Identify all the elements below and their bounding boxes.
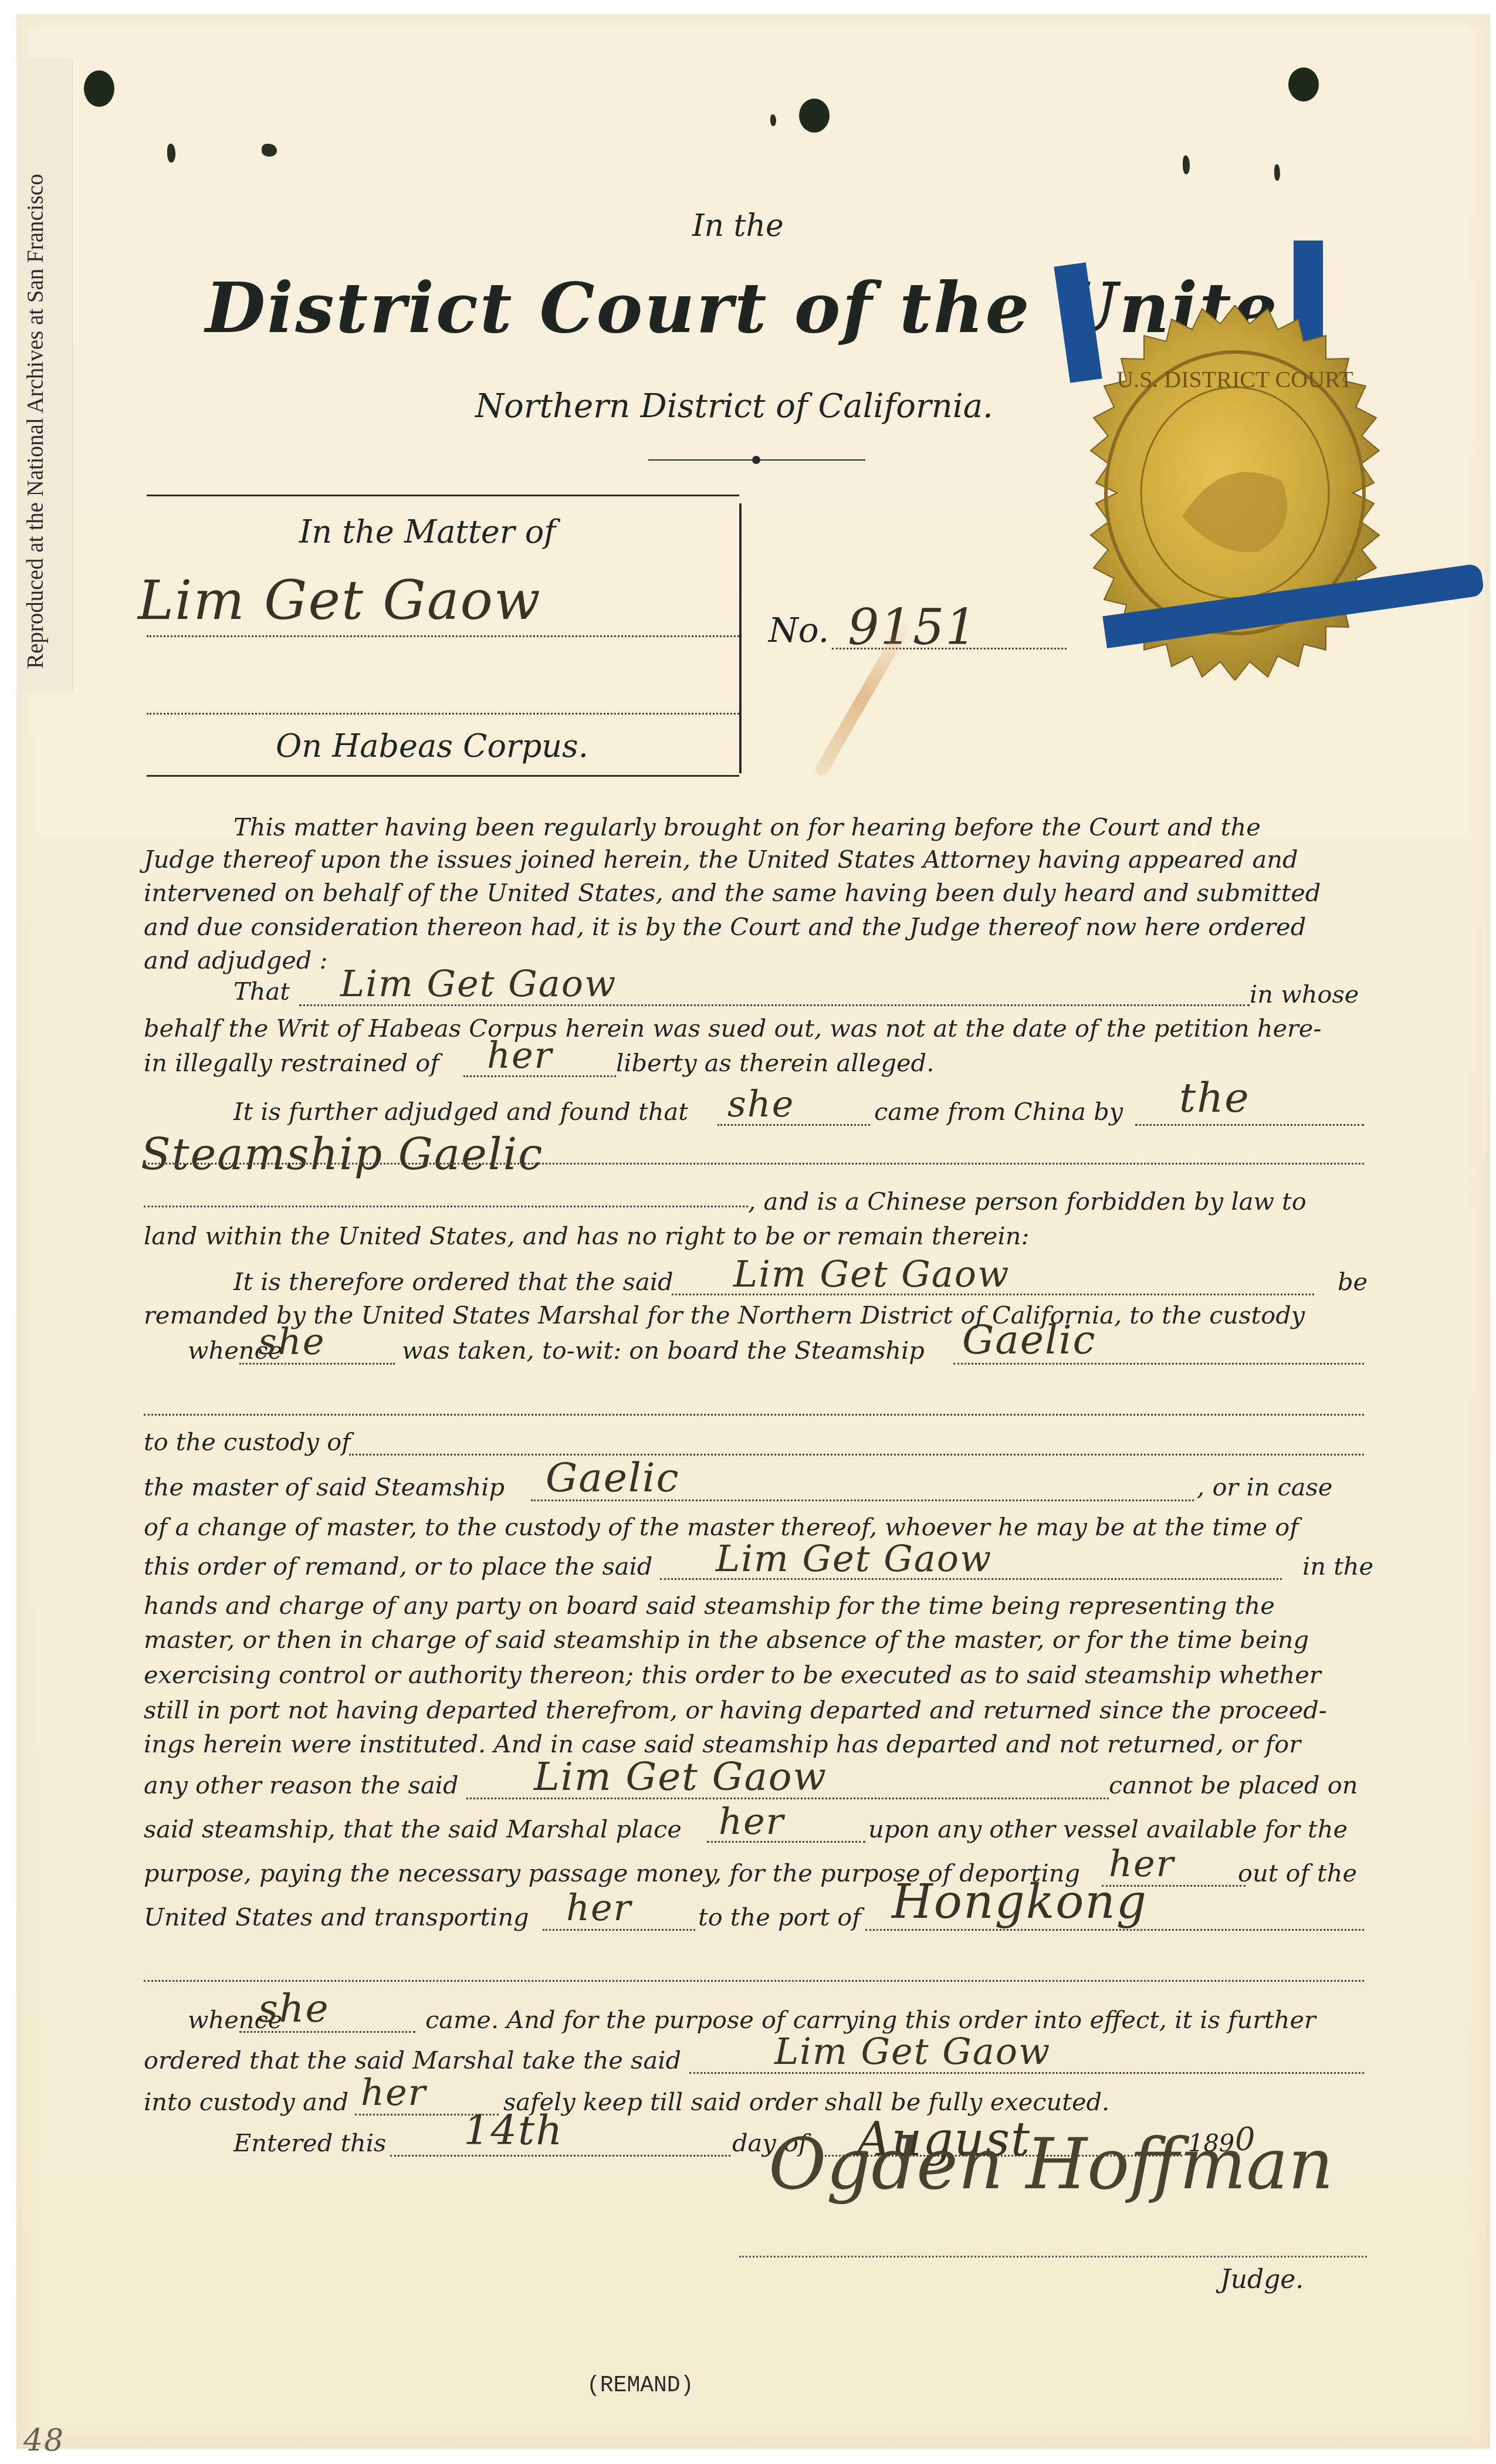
found-label: It is further adjudged and found that bbox=[233, 1097, 688, 1126]
punch-hole-center bbox=[799, 99, 830, 133]
entered-day-line bbox=[390, 2155, 730, 2157]
forbidden-label: , and is a Chinese person forbidden by l… bbox=[748, 1187, 1307, 1216]
steamship-line-2 bbox=[144, 1414, 1364, 1416]
that-label: That bbox=[233, 977, 290, 1006]
vessel-prefix-handwritten: the bbox=[1179, 1074, 1250, 1122]
archive-stamp-strip: Reproduced at the National Archives at S… bbox=[16, 59, 73, 692]
body-line-1: This matter having been regularly brough… bbox=[233, 813, 1261, 841]
vessel-handwritten: Steamship Gaelic bbox=[141, 1129, 544, 1180]
para-line-1: hands and charge of any party on board s… bbox=[144, 1591, 1275, 1620]
case-number-label: No. bbox=[769, 610, 829, 650]
tear-mark bbox=[770, 114, 776, 126]
district-subtitle: Northern District of California. bbox=[475, 387, 993, 425]
tear-mark bbox=[262, 144, 277, 157]
liberty-label: liberty as therein alleged. bbox=[616, 1048, 934, 1077]
body-line-4: and due consideration thereon had, it is… bbox=[144, 912, 1306, 941]
caption-blank-line bbox=[147, 713, 739, 715]
place-name-handwritten: Lim Get Gaow bbox=[716, 1537, 992, 1580]
land-line: land within the United States, and has n… bbox=[144, 1221, 1029, 1250]
body-line-3: intervened on behalf of the United State… bbox=[144, 878, 1321, 907]
habeas-corpus-label: On Habeas Corpus. bbox=[276, 727, 588, 764]
vessel-line-3 bbox=[144, 1206, 748, 1207]
para-line-3: exercising control or authority thereon;… bbox=[144, 1660, 1321, 1689]
caption-top-rule bbox=[147, 495, 739, 496]
marshal-place-label: said steamship, that the said Marshal pl… bbox=[144, 1815, 682, 1843]
in-case-label: , or in case bbox=[1197, 1473, 1332, 1501]
judge-signature: Ogden Hoffman bbox=[769, 2124, 1333, 2205]
other-vessel-label: upon any other vessel available for the bbox=[868, 1815, 1348, 1843]
ordered-name-handwritten: Lim Get Gaow bbox=[733, 1253, 1010, 1295]
whence-came-pronoun-handwritten: she bbox=[258, 1986, 329, 2031]
other-reason-label: any other reason the said bbox=[144, 1771, 458, 1799]
transport-pronoun-handwritten: her bbox=[566, 1886, 632, 1929]
restrained-pronoun-handwritten: her bbox=[487, 1034, 553, 1077]
restrained-label: in illegally restrained of bbox=[144, 1048, 439, 1077]
form-type-label: (REMAND) bbox=[587, 2373, 693, 2398]
place-label: this order of remand, or to place the sa… bbox=[144, 1552, 652, 1580]
title-ornament-dot bbox=[752, 456, 760, 464]
pre-title: In the bbox=[692, 208, 784, 243]
caption-brace bbox=[739, 503, 752, 773]
petitioner-name-handwritten: Lim Get Gaow bbox=[138, 569, 541, 632]
entered-label: Entered this bbox=[233, 2128, 386, 2157]
archive-stamp-text: Reproduced at the National Archives at S… bbox=[22, 82, 49, 669]
transport-pronoun-line bbox=[543, 1929, 695, 1931]
port-handwritten: Hongkong bbox=[892, 1874, 1148, 1929]
taken-label: was taken, to-wit: on board the Steamshi… bbox=[402, 1336, 925, 1365]
out-of-label: out of the bbox=[1238, 1859, 1357, 1887]
master-steamship-handwritten: Gaelic bbox=[546, 1455, 680, 1501]
caption-bottom-rule bbox=[147, 775, 739, 777]
custody-of-label: to the custody of bbox=[144, 1427, 351, 1456]
master-label: the master of said Steamship bbox=[144, 1473, 505, 1501]
para-line-2: master, or then in charge of said steams… bbox=[144, 1625, 1309, 1654]
custody-of-line bbox=[349, 1454, 1364, 1456]
judge-title: Judge. bbox=[1220, 2265, 1304, 2294]
other-reason-name-handwritten: Lim Get Gaow bbox=[534, 1754, 827, 1799]
in-the-label: in the bbox=[1302, 1552, 1373, 1580]
tear-mark bbox=[167, 144, 175, 163]
body-line-2: Judge thereof upon the issues joined her… bbox=[144, 845, 1298, 874]
vessel-line-2 bbox=[144, 1163, 1364, 1165]
matter-label: In the Matter of bbox=[299, 513, 556, 550]
signature-line bbox=[739, 2256, 1367, 2257]
custody-pronoun-handwritten: her bbox=[361, 2071, 427, 2114]
page-mark-handwritten: 48 bbox=[23, 2423, 65, 2458]
svg-text:U.S. DISTRICT COURT: U.S. DISTRICT COURT bbox=[1116, 366, 1353, 392]
whence-came-line bbox=[239, 2031, 415, 2033]
vessel-line-1 bbox=[1135, 1124, 1364, 1126]
punch-hole-right bbox=[1288, 67, 1319, 101]
caption-name-line bbox=[147, 635, 739, 637]
found-pronoun-handwritten: she bbox=[727, 1082, 794, 1125]
marshal-place-pronoun-handwritten: her bbox=[719, 1800, 784, 1843]
port-line-2 bbox=[144, 1980, 1364, 1982]
custody-label: into custody and bbox=[144, 2087, 348, 2116]
para-line-4: still in port not having departed theref… bbox=[144, 1695, 1327, 1724]
china-label: came from China by bbox=[874, 1097, 1123, 1126]
case-number-line bbox=[832, 648, 1067, 649]
whence-pronoun-line bbox=[239, 1363, 395, 1365]
cannot-be-placed-label: cannot be placed on bbox=[1109, 1771, 1358, 1799]
take-label: ordered that the said Marshal take the s… bbox=[144, 2046, 681, 2074]
body-line-5: and adjudged : bbox=[144, 946, 328, 974]
tear-mark bbox=[1183, 155, 1190, 174]
ordered-label: It is therefore ordered that the said bbox=[233, 1267, 673, 1296]
port-line-1 bbox=[865, 1929, 1364, 1931]
take-name-handwritten: Lim Get Gaow bbox=[774, 2030, 1051, 2073]
port-of-label: to the port of bbox=[698, 1903, 861, 1931]
punch-hole-left bbox=[84, 70, 114, 107]
entered-day-handwritten: 14th bbox=[463, 2106, 563, 2154]
whence-pronoun-handwritten: she bbox=[258, 1320, 325, 1363]
steamship-handwritten: Gaelic bbox=[962, 1317, 1096, 1363]
in-whose-label: in whose bbox=[1250, 980, 1359, 1008]
writ-line: behalf the Writ of Habeas Corpus herein … bbox=[144, 1014, 1321, 1043]
tear-mark bbox=[1274, 164, 1280, 181]
transport-label: United States and transporting bbox=[144, 1903, 529, 1931]
that-name-handwritten: Lim Get Gaow bbox=[340, 962, 617, 1005]
be-label: be bbox=[1338, 1267, 1368, 1296]
